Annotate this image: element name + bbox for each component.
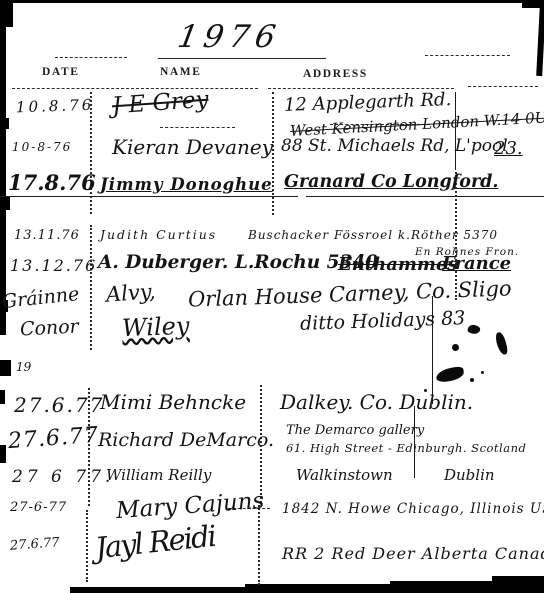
scan-edge-bottom (390, 581, 495, 593)
address-cell: Buschacker Fössroel k.Röther 5370 (248, 229, 498, 241)
name-cell: Richard DeMarco. (98, 431, 274, 450)
address-cell: Walkinstown (296, 468, 393, 483)
date-cell: Conor (20, 317, 80, 339)
date-cell: 10.8.76 (16, 98, 95, 116)
name-cell: J E Grey (111, 89, 209, 119)
address-cell: The Demarco gallery (286, 424, 424, 437)
ruled-line (55, 57, 127, 58)
ruled-line (160, 127, 235, 128)
address-cell: Orlan House Carney, Co. Sligo (188, 278, 512, 310)
name-cell: Mary Cajuns (115, 490, 265, 523)
address-cell: RR 2 Red Deer Alberta Canada (282, 546, 544, 562)
ink-blob (494, 331, 508, 355)
name-cell: Alvy, (105, 281, 156, 305)
scan-edge-left-nub (0, 445, 6, 463)
date-cell: 27.6.77 (7, 425, 99, 453)
date-cell: 27.6.77 (10, 536, 60, 552)
name-cell signature: Jayl Reidi (94, 522, 216, 563)
address-cell-underlined: France (442, 255, 511, 273)
column-divider (258, 505, 260, 585)
scan-edge-left-nub (0, 390, 5, 404)
ruled-line (425, 55, 510, 56)
address-cell-line2: 61. High Street - Edinburgh. Scotland (286, 443, 526, 455)
date-cell: 27-6-77 (10, 501, 67, 514)
ink-blob (452, 344, 459, 351)
ruled-line (0, 196, 298, 197)
date-cell: Gráinne (1, 285, 80, 312)
ink-speck (481, 371, 484, 374)
name-cell: Wiley (122, 314, 190, 340)
address-cell: Granard Co Longford. (284, 174, 499, 192)
name-cell: Jimmy Donoghue (100, 177, 273, 194)
address-cell: Dalkey. Co. Dublin. (280, 392, 473, 412)
ink-blob (467, 323, 481, 336)
ruled-line (468, 86, 538, 87)
guestbook-page: 1976 DATE NAME ADDRESS 10.8.76 J E Grey … (0, 0, 544, 593)
ink-blob (435, 366, 465, 383)
column-header-address: ADDRESS (303, 68, 368, 80)
date-cell: 17.8.76 (8, 172, 96, 193)
scan-edge-right (536, 6, 544, 76)
date-cell: 19 (16, 361, 31, 373)
name-cell: A. Duberger. L.Rochu 5340 (98, 254, 378, 273)
name-cell: Judith Curtius (100, 229, 217, 242)
date-cell: 10-8-76 (12, 141, 72, 153)
address-cell: Enthammes (338, 256, 458, 274)
address-cell: 1842 N. Howe Chicago, Illinois USA (282, 503, 544, 517)
date-cell: 27 6 77. (12, 469, 114, 486)
scan-edge-left-nub (0, 118, 9, 129)
ruled-line (12, 88, 258, 89)
title-underline (158, 58, 326, 59)
scan-edge-left (0, 0, 6, 335)
scan-edge-top (0, 0, 544, 3)
name-cell: Mimi Behncke (100, 392, 246, 412)
scan-edge-bottom (70, 587, 250, 593)
page-title: 1976 (175, 22, 283, 53)
date-cell: 27.6.77 (14, 395, 104, 415)
column-header-date: DATE (42, 66, 80, 78)
scan-edge-bottom (245, 584, 395, 593)
scan-edge-bottom (492, 576, 544, 593)
date-cell: 13.11.76 (14, 229, 80, 242)
address-cell: ditto Holidays 83 (300, 309, 466, 334)
ruled-line (306, 196, 544, 197)
address-cell-line2: Dublin (444, 468, 495, 483)
ruled-line (268, 88, 454, 89)
name-cell: Kieran Devaney (112, 137, 273, 157)
date-cell: 13.12.76 (10, 258, 97, 274)
address-cell: 12 Applegarth Rd. (284, 91, 452, 115)
column-divider (86, 510, 88, 582)
column-divider (90, 225, 92, 350)
column-header-name: NAME (160, 66, 202, 78)
name-cell: William Reilly (106, 468, 211, 483)
scan-edge-left-nub (0, 360, 11, 376)
address-cell: 88 St. Michaels Rd, L'pool (281, 138, 508, 155)
ink-speck (470, 378, 474, 382)
address-cell-underlined: 23. (494, 140, 523, 158)
scan-edge-left-nub (0, 196, 10, 210)
